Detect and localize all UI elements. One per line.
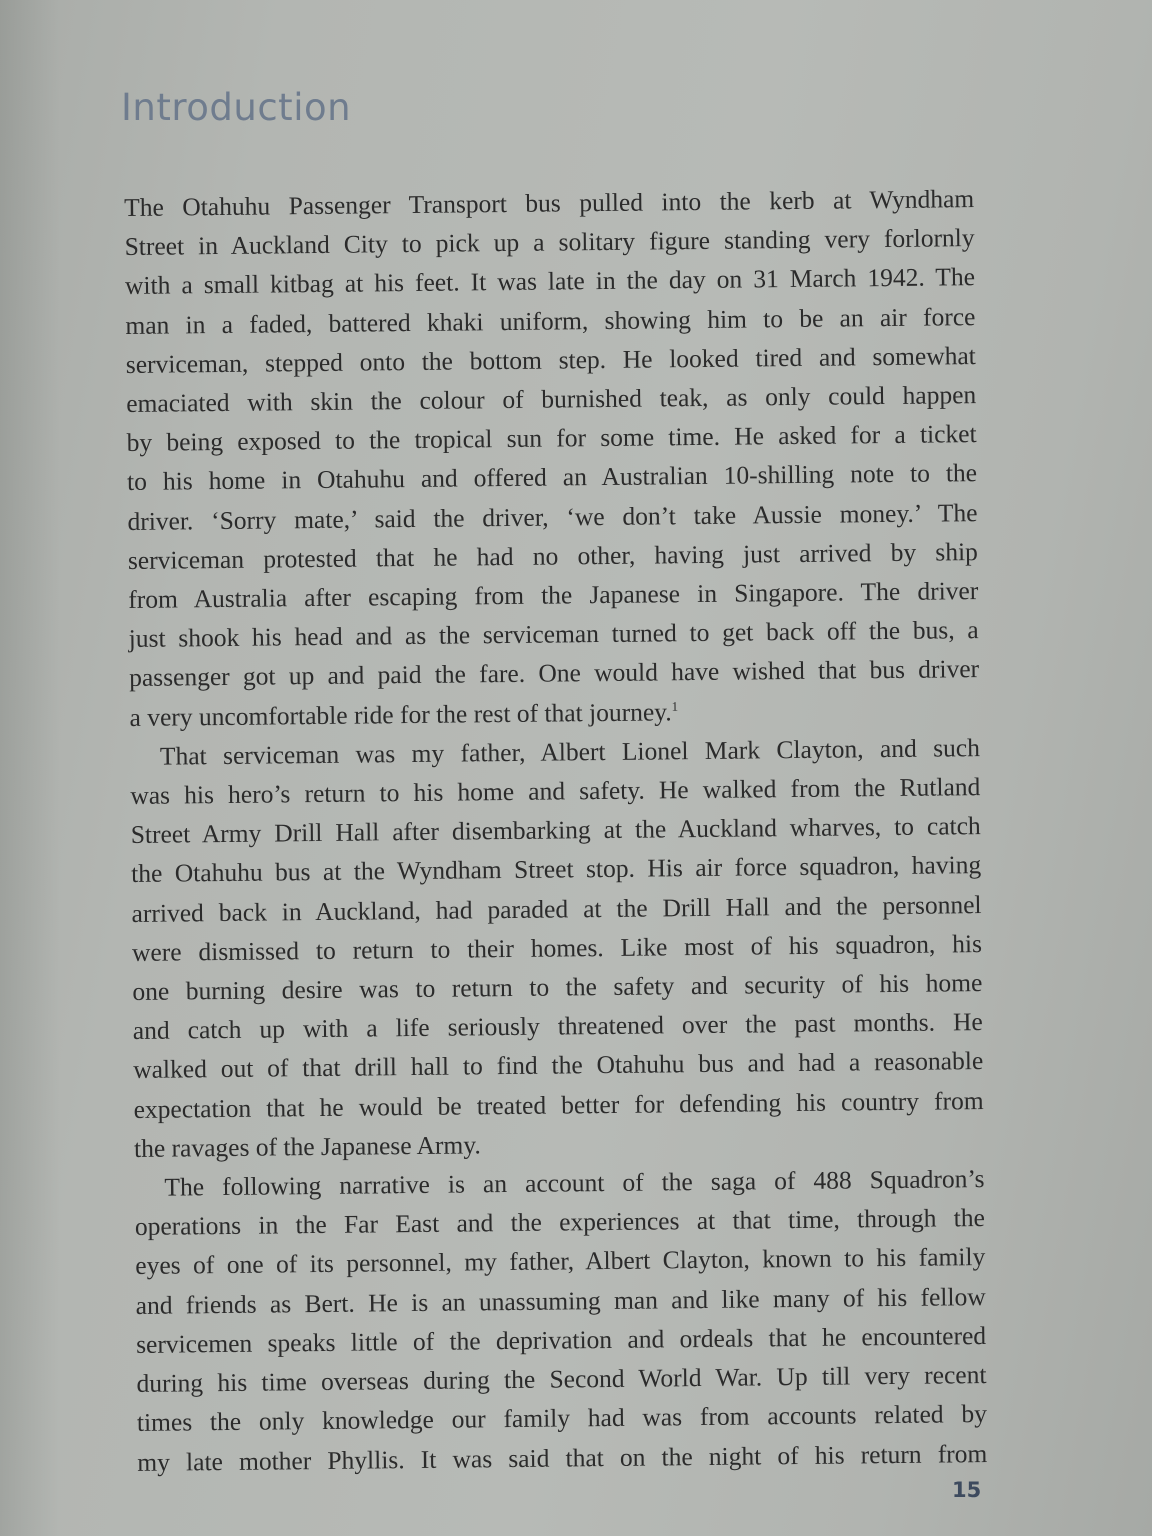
paragraph-2: That serviceman was my father, Albert Li…: [130, 728, 984, 1168]
chapter-heading: Introduction: [121, 86, 351, 129]
text-line: my late mother Phyllis. It was said that…: [137, 1434, 987, 1482]
body-text: The Otahuhu Passenger Transport bus pull…: [124, 179, 988, 1482]
page-number: 15: [952, 1478, 981, 1502]
page-edge-shadow: [0, 0, 60, 1536]
footnote-marker: 1: [672, 698, 679, 713]
paragraph-3: The following narrative is an account of…: [134, 1159, 987, 1482]
paragraph-1: The Otahuhu Passenger Transport bus pull…: [124, 179, 980, 737]
text-line-content: a very uncomfortable ride for the rest o…: [129, 697, 671, 732]
book-page: Introduction The Otahuhu Passenger Trans…: [0, 0, 1152, 1536]
